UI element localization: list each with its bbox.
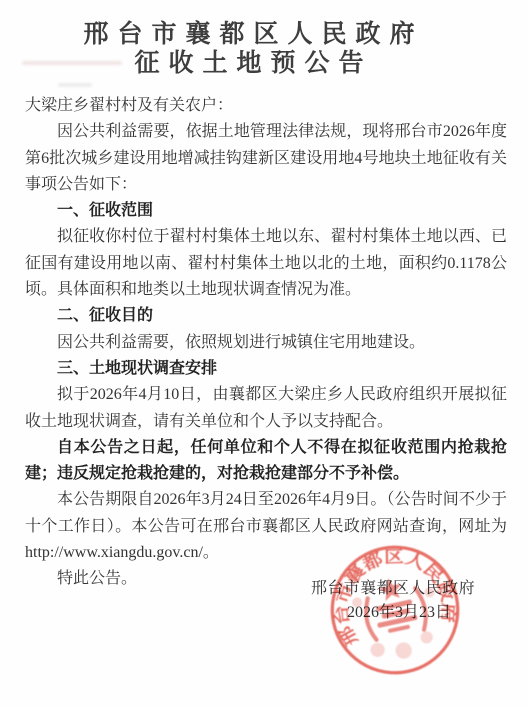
section-1-heading: 一、征收范围 [25, 198, 507, 224]
document-page: 邢台市襄都区人民政府 征收土地预公告 大梁庄乡翟村村及有关农户： 因公共利益需要… [0, 0, 528, 707]
document-title-line1: 邢台市襄都区人民政府 [0, 20, 513, 49]
national-emblem-icon [359, 572, 429, 641]
section-3-heading: 三、土地现状调查安排 [25, 356, 507, 382]
section-2-paragraph: 因公共利益需要，依照规划进行城镇住宅用地建设。 [25, 330, 507, 356]
salutation: 大梁庄乡翟村村及有关农户： [25, 93, 507, 119]
intro-paragraph: 因公共利益需要，依据土地管理法律法规，现将邢台市2026年度第6批次城乡建设用地… [25, 119, 507, 198]
seal-ink-texture [351, 581, 447, 667]
notice-body: 大梁庄乡翟村村及有关农户： 因公共利益需要，依据土地管理法律法规，现将邢台市20… [25, 93, 507, 593]
official-seal: 邢台市襄都区人民政府 [309, 524, 481, 696]
warning-paragraph: 自本公告之日起，任何单位和个人不得在拟征收范围内抢栽抢建；违反规定抢栽抢建的，对… [25, 435, 507, 488]
scan-smudge [58, 83, 92, 87]
document-title: 邢台市襄都区人民政府 征收土地预公告 [0, 20, 513, 78]
section-3-paragraph: 拟于2026年4月10日，由襄都区大梁庄乡人民政府组织开展拟征收土地现状调查，请… [25, 382, 507, 435]
section-2-heading: 二、征收目的 [25, 303, 507, 329]
star-icon [377, 576, 404, 602]
section-1-paragraph: 拟征收你村位于翟村村集体土地以东、翟村村集体土地以西、已征国有建设用地以南、翟村… [25, 224, 507, 303]
scan-smudge [22, 61, 122, 65]
